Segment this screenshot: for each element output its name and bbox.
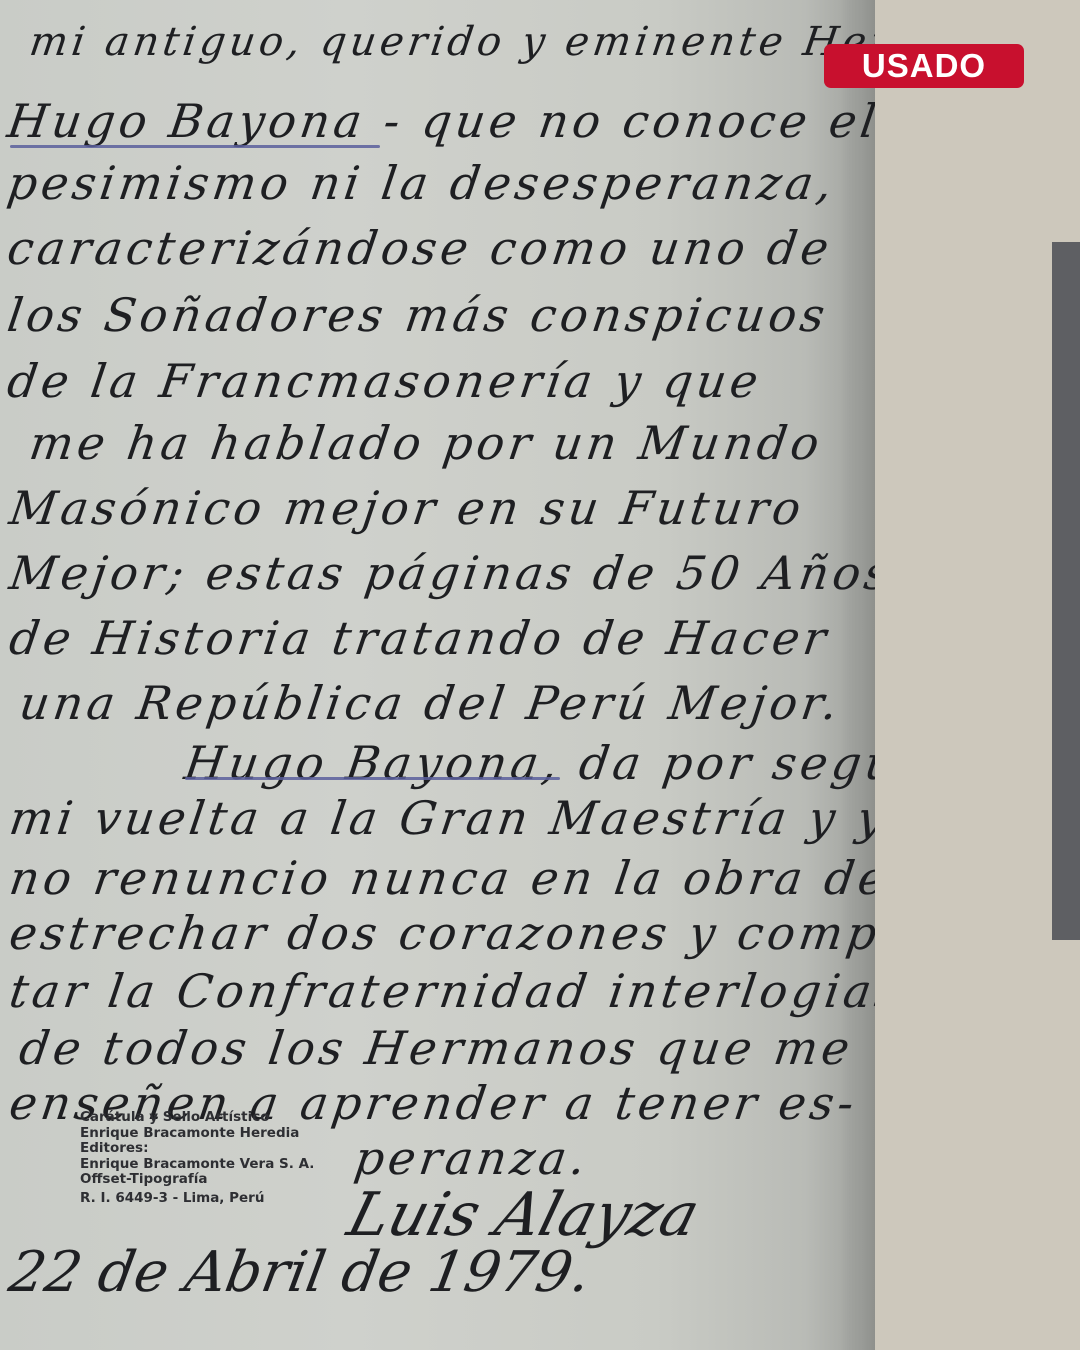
imprint-line: Enrique Bracamonte Heredia	[80, 1126, 314, 1142]
condition-badge: USADO	[824, 44, 1024, 88]
imprint-line: Editores:	[80, 1141, 314, 1157]
inscription-line: estrechar dos corazones y compac-	[7, 910, 875, 956]
inscription-line: Hugo Bayona - que no conoce el	[5, 98, 875, 144]
dark-cover-strip	[1052, 242, 1080, 940]
inscription-line: una República del Perú Mejor.	[17, 680, 845, 726]
imprint-line: Enrique Bracamonte Vera S. A.	[80, 1157, 314, 1173]
inscription-line: mi vuelta a la Gran Maestría y yo	[7, 795, 875, 841]
inscription-line: pesimismo ni la desesperanza,	[5, 160, 839, 206]
inscription-line: de Historia tratando de Hacer	[7, 615, 833, 661]
inscription-line: peranza.	[352, 1135, 592, 1181]
page-edge-shadow	[840, 0, 875, 1350]
inscription-line: Mejor; estas páginas de 50 Años	[7, 550, 875, 596]
imprint-line: Carátula y Sello Artístico	[80, 1110, 314, 1126]
inscription-date: 22 de Abril de 1979.	[4, 1240, 595, 1305]
inscription-line: Masónico mejor en su Futuro	[7, 485, 808, 531]
book-page: mi antiguo, querido y eminente Hermano- …	[0, 0, 875, 1350]
printer-imprint: Carátula y Sello Artístico Enrique Braca…	[80, 1110, 314, 1206]
blue-underline	[10, 145, 380, 148]
imprint-line: Offset-Tipografía	[80, 1172, 314, 1188]
inscription-line: no renuncio nunca en la obra de	[7, 855, 875, 901]
blue-underline	[185, 777, 560, 780]
inscription-line: de la Francmasonería y que	[5, 358, 765, 404]
inscription-line: mi antiguo, querido y eminente Hermano-	[27, 22, 875, 62]
inscription-line: de todos los Hermanos que me	[17, 1025, 857, 1071]
book-page-photo: mi antiguo, querido y eminente Hermano- …	[0, 0, 1080, 1350]
badge-label: USADO	[862, 47, 986, 85]
inscription-line: los Soñadores más conspicuos	[5, 292, 832, 338]
imprint-line: R. I. 6449-3 - Lima, Perú	[80, 1191, 314, 1207]
inscription-line: caracterizándose como uno de	[5, 225, 836, 271]
inscription-line: tar la Confraternidad interlogias	[7, 968, 875, 1014]
inscription-line: me ha hablado por un Mundo	[27, 420, 826, 466]
backing-board	[875, 0, 1080, 1350]
